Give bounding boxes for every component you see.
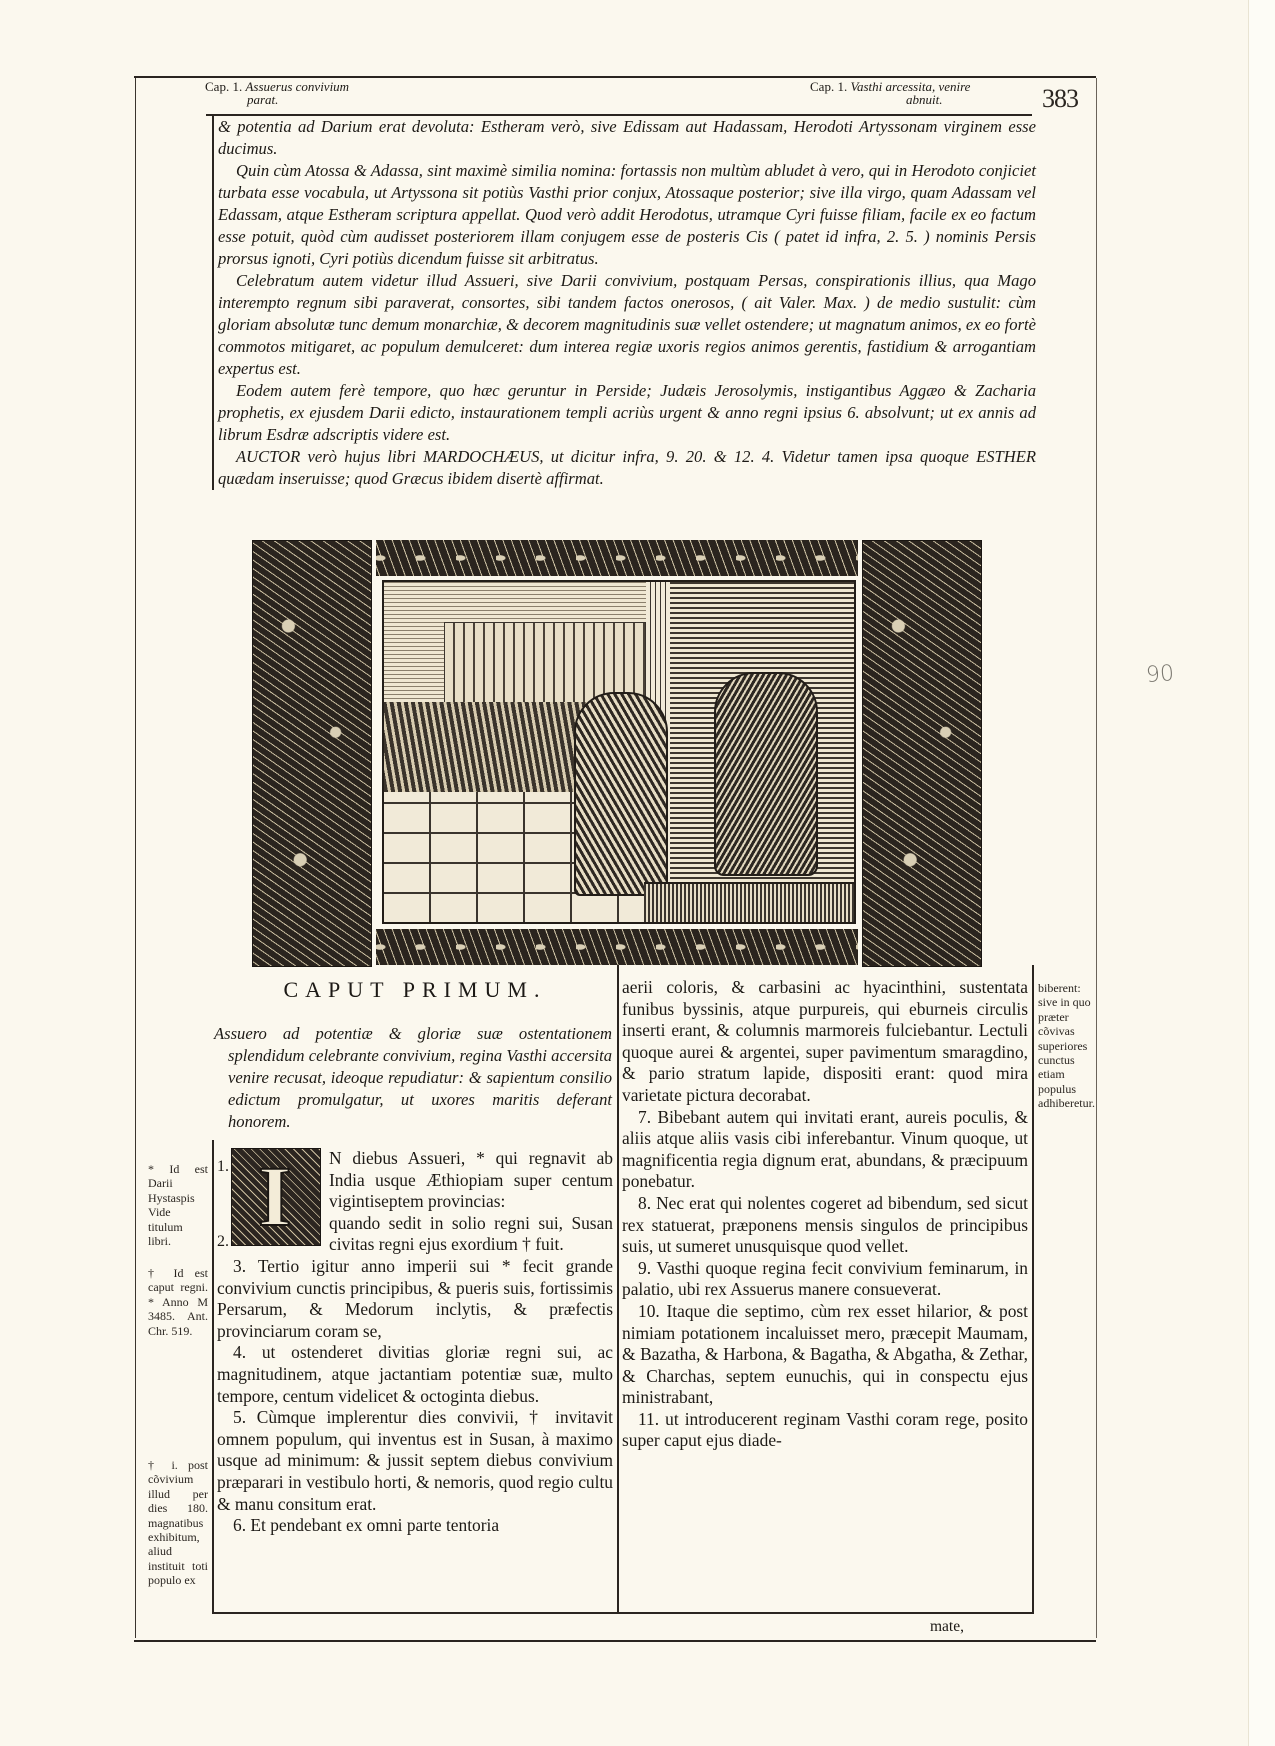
drop-cap-initial: I xyxy=(231,1148,321,1246)
frame-left-rule xyxy=(135,78,136,1638)
verse-10: 10. Itaque die septimo, cùm rex esset hi… xyxy=(622,1301,1028,1409)
commentary-paragraph: & potentia ad Darium erat devoluta: Esth… xyxy=(218,116,1036,160)
drop-cap-letter: I xyxy=(258,1153,291,1239)
pencil-annotation: 90 xyxy=(1145,661,1175,688)
scene-dais xyxy=(644,882,854,924)
chapter-title: CAPUT PRIMUM. xyxy=(215,977,615,1003)
running-head-right-summary-2: abnuit. xyxy=(838,92,942,107)
verse-3: 3. Tertio igitur anno imperii sui * feci… xyxy=(217,1256,613,1342)
commentary-paragraph: Eodem autem ferè tempore, quo hæc gerunt… xyxy=(218,380,1036,446)
commentary-paragraph: Celebratum autem videtur illud Assueri, … xyxy=(218,270,1036,380)
verse-6-continued: aerii coloris, & carbasini ac hyacinthin… xyxy=(622,977,1028,1107)
ornament-border-top xyxy=(376,540,858,576)
chapter-argument-text: Assuero ad potentiæ & gloriæ suæ ostenta… xyxy=(214,1023,612,1133)
margin-note-left: * Id est Darii Hystaspis Vide titulum li… xyxy=(148,1162,208,1248)
figure-king-enthroned xyxy=(714,672,818,876)
running-head-left: Cap. 1. Assuerus convivium parat. xyxy=(205,80,349,106)
column-divider xyxy=(617,965,619,1613)
running-head-right: Cap. 1. Vasthi arcessita, venire abnuit. xyxy=(810,80,970,106)
figure-queen xyxy=(574,692,668,896)
commentary-block: & potentia ad Darium erat devoluta: Esth… xyxy=(212,116,1036,490)
verse-9: 9. Vasthi quoque regina fecit convivium … xyxy=(622,1258,1028,1301)
verse-5: 5. Cùmque implerentur dies convivii, † i… xyxy=(217,1407,613,1515)
margin-note-left: † i. post cõvivium illud per dies 180. m… xyxy=(148,1458,208,1588)
page-edge xyxy=(1248,0,1275,1746)
verse-4: 4. ut ostenderet divitias gloriæ regni s… xyxy=(217,1342,613,1407)
right-column-rule xyxy=(1032,965,1034,1613)
ornament-border-left xyxy=(252,540,372,967)
woodcut-scene xyxy=(382,580,856,924)
left-column: I N diebus Assueri, * qui regnavit ab In… xyxy=(217,1148,613,1537)
page-number: 383 xyxy=(1042,84,1078,114)
commentary-paragraph: AUCTOR verò hujus libri MARDOCHÆUS, ut d… xyxy=(218,446,1036,490)
catchword: mate, xyxy=(930,1618,964,1636)
woodcut-illustration xyxy=(252,540,982,965)
right-column: aerii coloris, & carbasini ac hyacinthin… xyxy=(622,977,1028,1452)
frame-right-rule xyxy=(1096,78,1097,1638)
margin-note-left: † Id est caput regni. * Anno M 3485. Ant… xyxy=(148,1266,208,1338)
ornament-border-bottom xyxy=(376,929,858,965)
chapter-argument: Assuero ad potentiæ & gloriæ suæ ostenta… xyxy=(214,1023,612,1133)
commentary-paragraph: Quin cùm Atossa & Adassa, sint maximè si… xyxy=(218,160,1036,270)
left-column-rule xyxy=(212,1140,214,1613)
verse-7: 7. Bibebant autem qui invitati erant, au… xyxy=(622,1107,1028,1193)
ornament-border-right xyxy=(862,540,982,967)
margin-note-right: bibe­rent: sive in quo præter cõvivas su… xyxy=(1038,981,1096,1111)
running-head-left-summary-2: parat. xyxy=(205,92,278,107)
bottom-rule xyxy=(212,1612,1034,1614)
verse-11: 11. ut introducerent reginam Vasthi cora… xyxy=(622,1409,1028,1452)
verse-6-start: 6. Et pendebant ex omni parte tentoria xyxy=(217,1515,613,1537)
verse-8: 8. Nec erat qui nolentes cogeret ad bibe… xyxy=(622,1193,1028,1258)
